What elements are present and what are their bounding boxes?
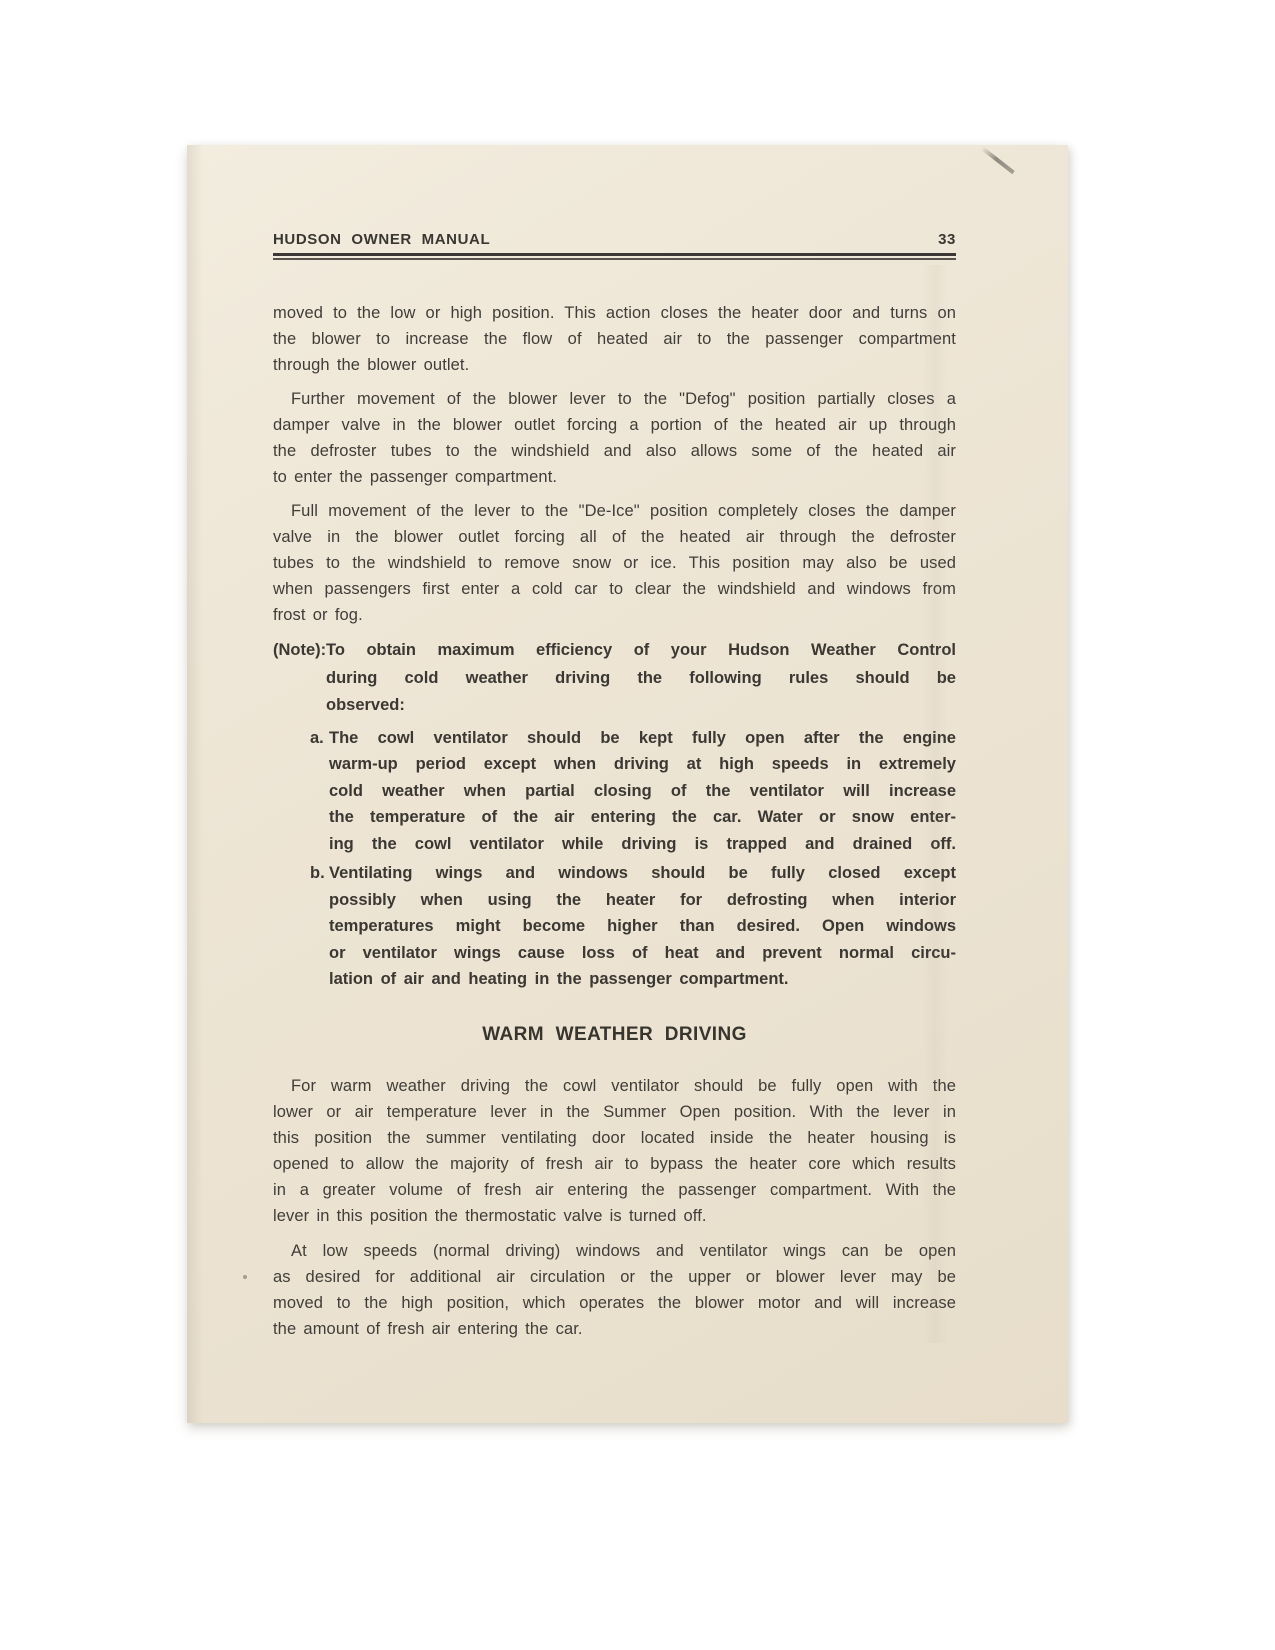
text-line: cold weather when partial closing of the… xyxy=(329,778,956,805)
text-line: damper valve in the blower outlet forcin… xyxy=(273,412,956,438)
text-line: lation of air and heating in the passeng… xyxy=(329,966,956,993)
header-rule xyxy=(273,253,956,260)
paragraph: Full movement of the lever to the "De-Ic… xyxy=(273,498,956,628)
text-line: temperatures might become higher than de… xyxy=(329,913,956,940)
page-header: HUDSON OWNER MANUAL 33 xyxy=(273,231,956,249)
text-line: the defroster tubes to the windshield an… xyxy=(273,438,956,464)
text-line: At low speeds (normal driving) windows a… xyxy=(273,1238,956,1264)
list-item-b: b. Ventilating wings and windows should … xyxy=(310,860,956,993)
note-text: To obtain maximum efficiency of your Hud… xyxy=(326,637,956,720)
list-item-marker: b. xyxy=(310,860,329,993)
text-line: Further movement of the blower lever to … xyxy=(273,386,956,412)
text-line: observed: xyxy=(326,692,956,720)
text-line: lever in this position the thermostatic … xyxy=(273,1203,956,1229)
page-number: 33 xyxy=(938,231,956,249)
text-line: moved to the high position, which operat… xyxy=(273,1290,956,1316)
paragraph: For warm weather driving the cowl ventil… xyxy=(273,1073,956,1229)
running-title: HUDSON OWNER MANUAL xyxy=(273,231,490,249)
note-block: (Note): To obtain maximum efficiency of … xyxy=(273,637,956,720)
list-item-marker: a. xyxy=(310,725,329,858)
text-line: To obtain maximum efficiency of your Hud… xyxy=(326,637,956,665)
manual-page: HUDSON OWNER MANUAL 33 moved to the low … xyxy=(187,145,1068,1423)
text-line: this position the summer ventilating doo… xyxy=(273,1125,956,1151)
page-content: HUDSON OWNER MANUAL 33 moved to the low … xyxy=(273,231,956,1342)
text-line: possibly when using the heater for defro… xyxy=(329,887,956,914)
list-item-a: a. The cowl ventilator should be kept fu… xyxy=(310,725,956,858)
text-line: opened to allow the majority of fresh ai… xyxy=(273,1151,956,1177)
text-line: For warm weather driving the cowl ventil… xyxy=(273,1073,956,1099)
text-line: warm-up period except when driving at hi… xyxy=(329,751,956,778)
paragraph: At low speeds (normal driving) windows a… xyxy=(273,1238,956,1342)
text-line: during cold weather driving the followin… xyxy=(326,665,956,693)
note-label: (Note): xyxy=(273,637,326,720)
list-item-text: Ventilating wings and windows should be … xyxy=(329,860,956,993)
scan-background: { "colors": { "paper": "#ece4d4", "ink":… xyxy=(0,0,1275,1650)
text-line: The cowl ventilator should be kept fully… xyxy=(329,725,956,752)
text-line: valve in the blower outlet forcing all o… xyxy=(273,524,956,550)
text-line: when passengers first enter a cold car t… xyxy=(273,576,956,602)
text-line: ing the cowl ventilator while driving is… xyxy=(329,831,956,858)
text-line: lower or air temperature lever in the Su… xyxy=(273,1099,956,1125)
list-item-text: The cowl ventilator should be kept fully… xyxy=(329,725,956,858)
text-line: the amount of fresh air entering the car… xyxy=(273,1316,956,1342)
text-line: through the blower outlet. xyxy=(273,352,956,378)
paper-speck xyxy=(243,1275,247,1279)
text-line: to enter the passenger compartment. xyxy=(273,464,956,490)
section-heading: WARM WEATHER DRIVING xyxy=(273,1023,956,1047)
paragraph: moved to the low or high position. This … xyxy=(273,300,956,378)
text-line: or ventilator wings cause loss of heat a… xyxy=(329,940,956,967)
text-line: frost or fog. xyxy=(273,602,956,628)
text-line: moved to the low or high position. This … xyxy=(273,300,956,326)
text-line: the blower to increase the flow of heate… xyxy=(273,326,956,352)
text-line: as desired for additional air circulatio… xyxy=(273,1264,956,1290)
text-line: Full movement of the lever to the "De-Ic… xyxy=(273,498,956,524)
text-line: Ventilating wings and windows should be … xyxy=(329,860,956,887)
paragraph: Further movement of the blower lever to … xyxy=(273,386,956,490)
text-line: tubes to the windshield to remove snow o… xyxy=(273,550,956,576)
text-line: the temperature of the air entering the … xyxy=(329,804,956,831)
page-curl-mark xyxy=(981,146,1015,174)
text-line: in a greater volume of fresh air enterin… xyxy=(273,1177,956,1203)
